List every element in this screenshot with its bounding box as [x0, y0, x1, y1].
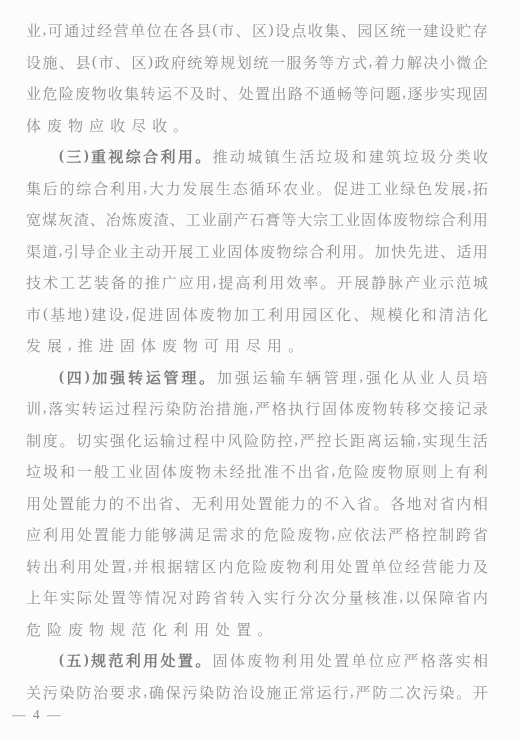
text-line: 上年实际处置等情况对跨省转入实行分次分量核准,以保障省内 [26, 582, 488, 614]
text-line: 渠道,引导企业主动开展工业固体废物综合利用。加快先进、适用 [26, 236, 488, 268]
text-line: 集后的综合利用,大力发展生态循环农业。促进工业绿色发展,拓 [26, 173, 488, 205]
text-line: (三)重视综合利用。推动城镇生活垃圾和建筑垃圾分类收 [26, 141, 488, 173]
text-line: 体废物应收尽收。 [26, 110, 488, 142]
text-line: 市(基地)建设,促进固体废物加工利用园区化、规模化和清洁化 [26, 299, 488, 331]
text-line: 垃圾和一般工业固体废物未经批准不出省,危险废物原则上有利 [26, 456, 488, 488]
text-line: 设施、县(市、区)政府统筹规划统一服务等方式,着力解决小微企 [26, 47, 488, 79]
text-line: 发展,推进固体废物可用尽用。 [26, 330, 488, 362]
text-line: 转出利用处置,并根据辖区内危险废物利用处置单位经营能力及 [26, 551, 488, 583]
text-line: 关污染防治要求,确保污染防治设施正常运行,严防二次污染。开 [26, 677, 488, 709]
text-line: (五)规范利用处置。固体废物利用处置单位应严格落实相 [26, 645, 488, 677]
text-line: 制度。切实强化运输过程中风险防控,严控长距离运输,实现生活 [26, 425, 488, 457]
text-line: 训,落实转运过程污染防治措施,严格执行固体废物转移交接记录 [26, 393, 488, 425]
text-line: 应利用处置能力能够满足需求的危险废物,应依法严格控制跨省 [26, 519, 488, 551]
document-page: 业,可通过经营单位在各县(市、区)设点收集、园区统一建设贮存设施、县(市、区)政… [0, 0, 520, 739]
text-line: 宽煤灰渣、冶炼废渣、工业副产石膏等大宗工业固体废物综合利用 [26, 204, 488, 236]
text-line: 技术工艺装备的推广应用,提高利用效率。开展静脉产业示范城 [26, 267, 488, 299]
text-line: 危险废物规范化利用处置。 [26, 614, 488, 646]
text-line: 业,可通过经营单位在各县(市、区)设点收集、园区统一建设贮存 [26, 15, 488, 47]
text-line: 用处置能力的不出省、无利用处置能力的不入省。各地对省内相 [26, 488, 488, 520]
text-line: 业危险废物收集转运不及时、处置出路不通畅等问题,逐步实现固 [26, 78, 488, 110]
text-line: (四)加强转运管理。加强运输车辆管理,强化从业人员培 [26, 362, 488, 394]
document-body: 业,可通过经营单位在各县(市、区)设点收集、园区统一建设贮存设施、县(市、区)政… [26, 15, 488, 708]
page-number: — 4 — [12, 707, 63, 723]
